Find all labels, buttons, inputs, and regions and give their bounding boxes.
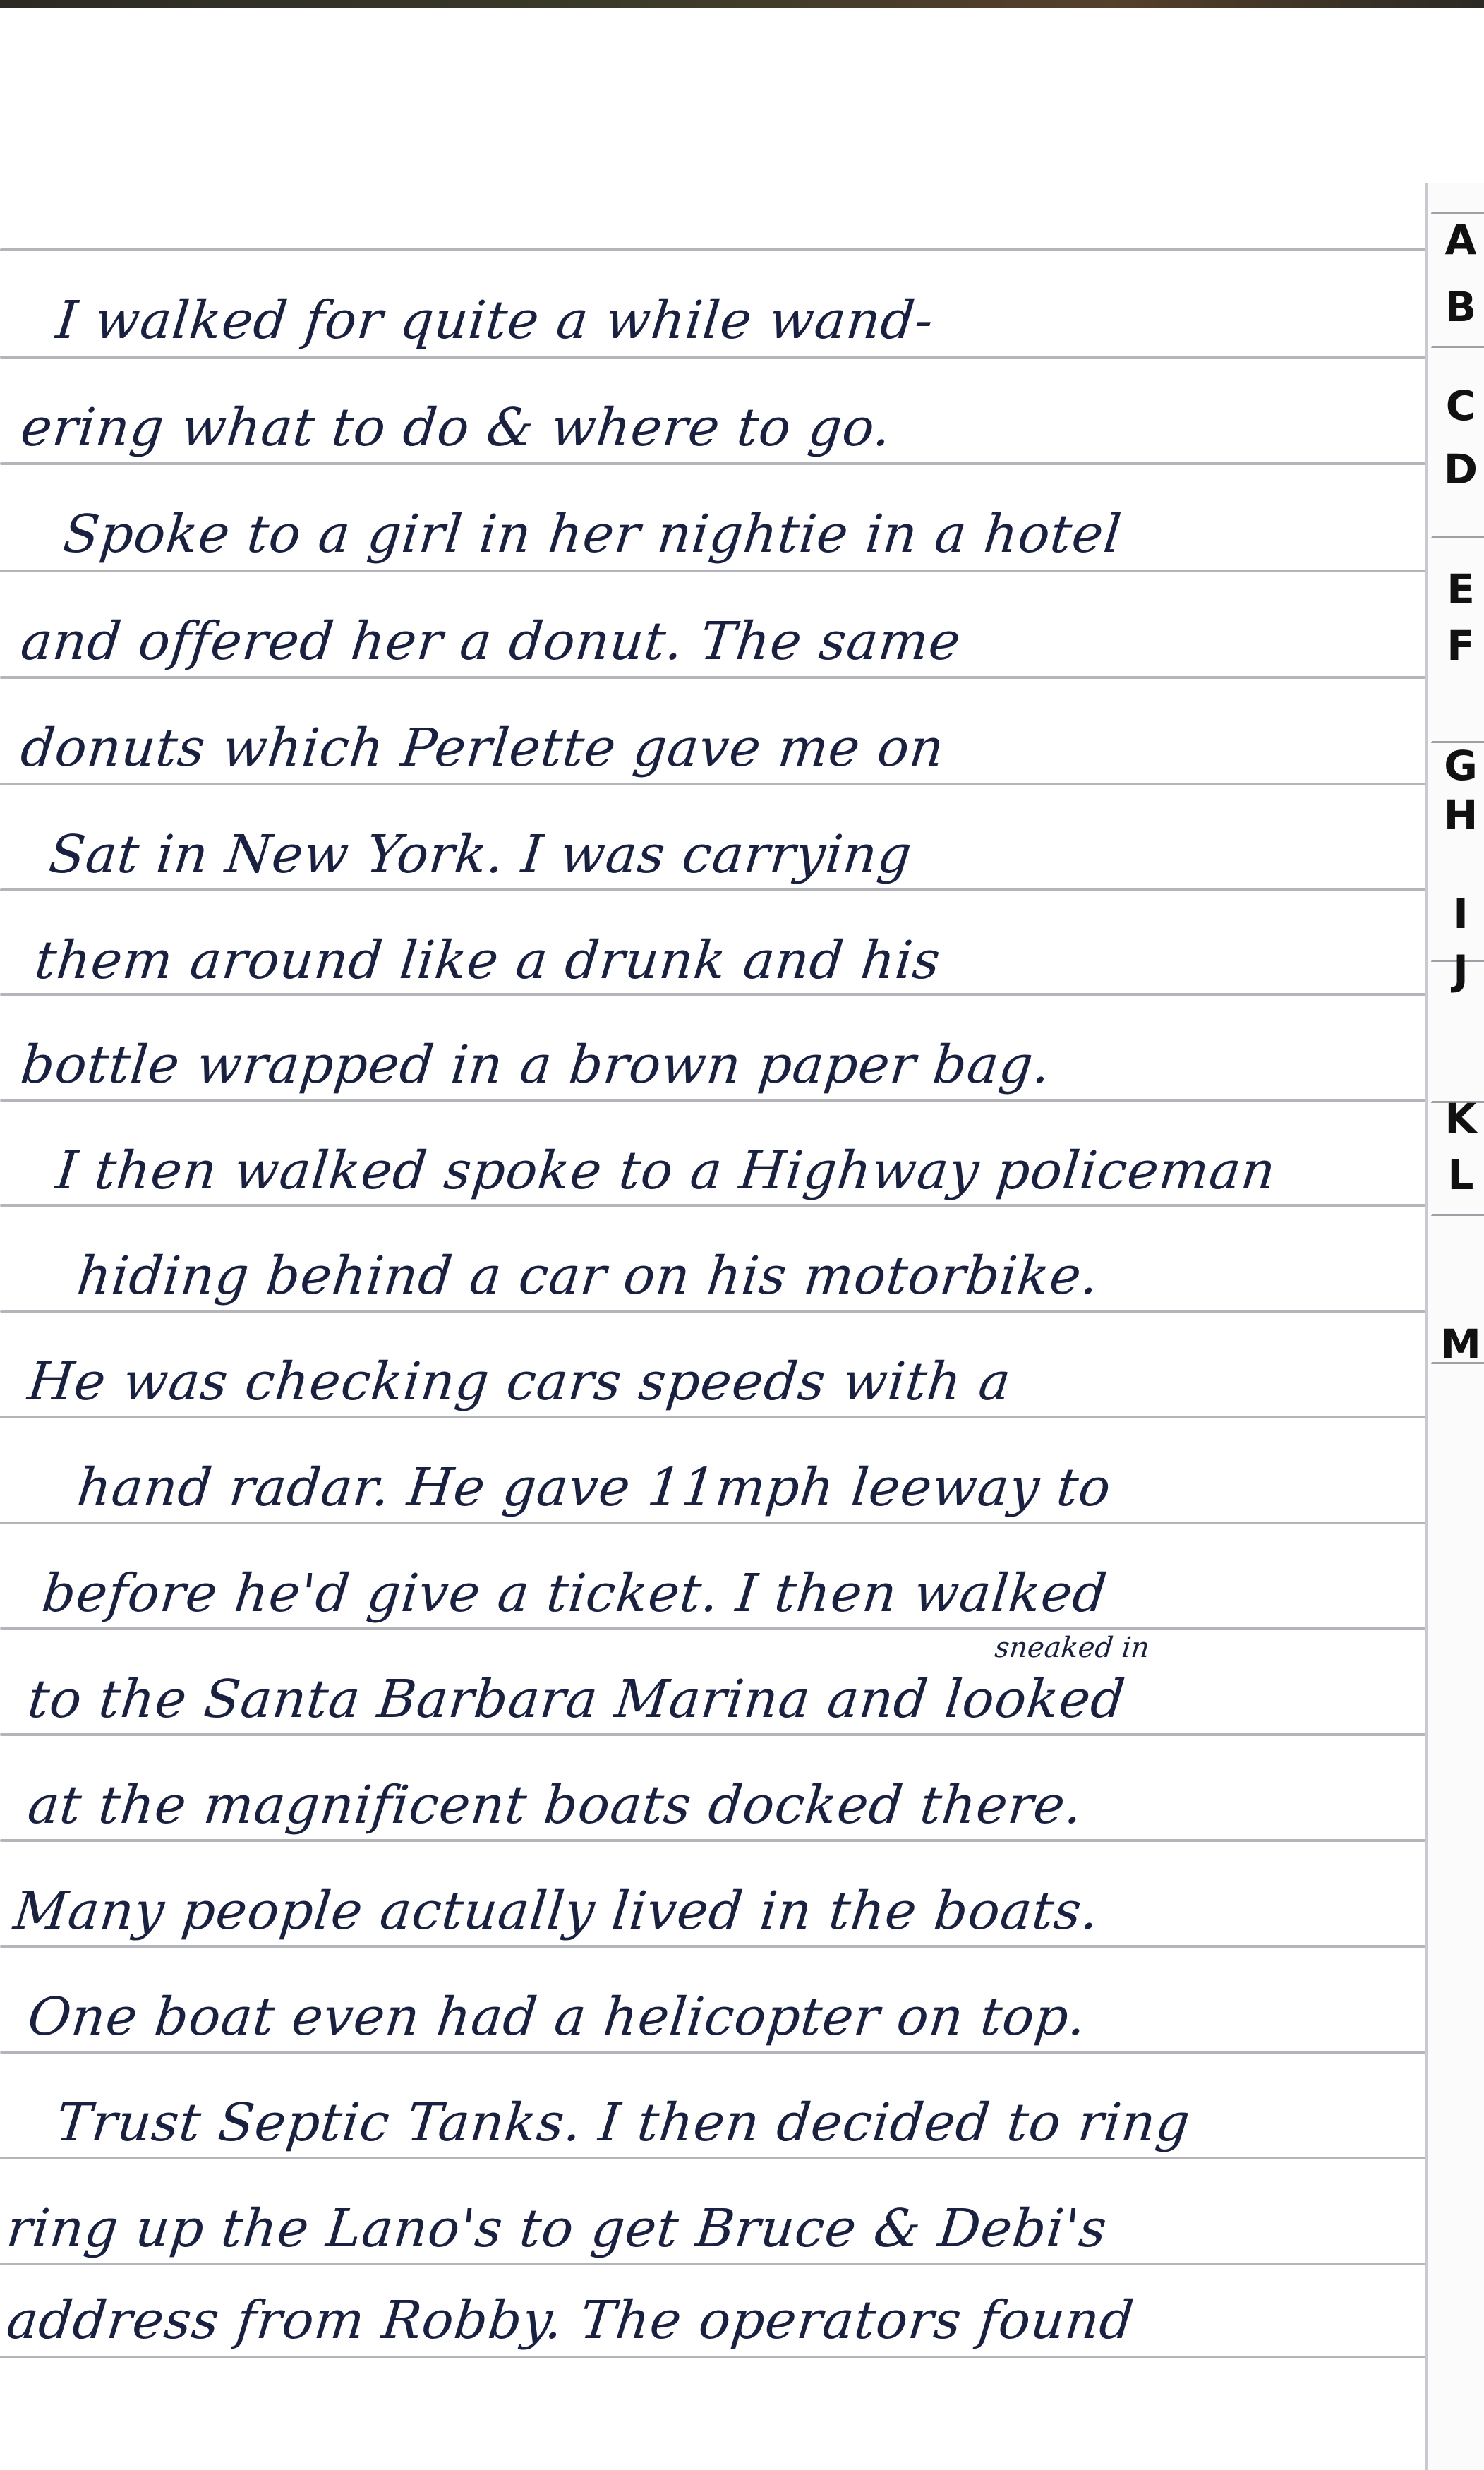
ruled-line bbox=[0, 2356, 1425, 2358]
tab-divider bbox=[1431, 536, 1484, 538]
handwritten-line: Trust Septic Tanks. I then decided to ri… bbox=[53, 2088, 1465, 2158]
index-tab-a[interactable]: A bbox=[1440, 215, 1482, 265]
index-tab-g[interactable]: G bbox=[1440, 741, 1482, 790]
index-tab-d[interactable]: D bbox=[1440, 445, 1482, 494]
index-tab-c[interactable]: C bbox=[1440, 381, 1482, 430]
handwritten-line: ering what to do & where to go. bbox=[18, 392, 1430, 463]
handwritten-line: Sat in New York. I was carrying bbox=[46, 819, 1458, 890]
index-tab-e[interactable]: E bbox=[1440, 565, 1482, 614]
handwritten-line: hand radar. He gave 11mph leeway to bbox=[74, 1452, 1484, 1523]
handwritten-line: Spoke to a girl in her nightie in a hote… bbox=[60, 499, 1472, 570]
handwritten-line: One boat even had a helicopter on top. bbox=[25, 1982, 1437, 2052]
handwritten-line: them around like a drunk and his bbox=[32, 925, 1444, 996]
handwritten-line: He was checking cars speeds with a bbox=[25, 1347, 1437, 1417]
notebook-top-edge bbox=[0, 0, 1484, 8]
handwritten-line: Many people actually lived in the boats. bbox=[11, 1876, 1423, 1946]
index-tab-i[interactable]: I bbox=[1440, 889, 1482, 939]
handwritten-line: before he'd give a ticket. I then walked bbox=[39, 1558, 1451, 1629]
index-tab-k[interactable]: K bbox=[1440, 1094, 1482, 1143]
tab-divider bbox=[1431, 1214, 1484, 1216]
handwritten-line: I then walked spoke to a Highway policem… bbox=[53, 1135, 1465, 1206]
handwritten-line: address from Robby. The operators found bbox=[4, 2285, 1416, 2356]
ruled-line bbox=[0, 356, 1425, 359]
index-tab-f[interactable]: F bbox=[1440, 621, 1482, 670]
tab-divider bbox=[1431, 212, 1484, 214]
handwritten-line: ring up the Lano's to get Bruce & Debi's bbox=[4, 2193, 1416, 2264]
handwritten-line: hiding behind a car on his motorbike. bbox=[74, 1241, 1484, 1311]
handwritten-line: I walked for quite a while wand- bbox=[53, 285, 1465, 356]
index-tab-l[interactable]: L bbox=[1440, 1150, 1482, 1200]
ruled-line bbox=[0, 248, 1425, 251]
handwritten-line: and offered her a donut. The same bbox=[18, 606, 1430, 677]
handwritten-line: donuts which Perlette gave me on bbox=[18, 713, 1430, 783]
insertion-note: sneaked in bbox=[994, 1632, 1151, 1664]
ruled-line bbox=[0, 570, 1425, 572]
index-tab-b[interactable]: B bbox=[1440, 282, 1482, 332]
notebook-page: I walked for quite a while wand- ering w… bbox=[0, 8, 1425, 2470]
handwritten-line: to the Santa Barbara Marina and looked bbox=[25, 1664, 1437, 1735]
handwritten-line: bottle wrapped in a brown paper bag. bbox=[18, 1030, 1430, 1100]
tab-divider bbox=[1431, 346, 1484, 348]
handwritten-line: at the magnificent boats docked there. bbox=[25, 1770, 1437, 1841]
index-tab-j[interactable]: J bbox=[1440, 946, 1482, 995]
index-tab-h[interactable]: H bbox=[1440, 790, 1482, 840]
index-tab-m[interactable]: M bbox=[1440, 1320, 1482, 1369]
